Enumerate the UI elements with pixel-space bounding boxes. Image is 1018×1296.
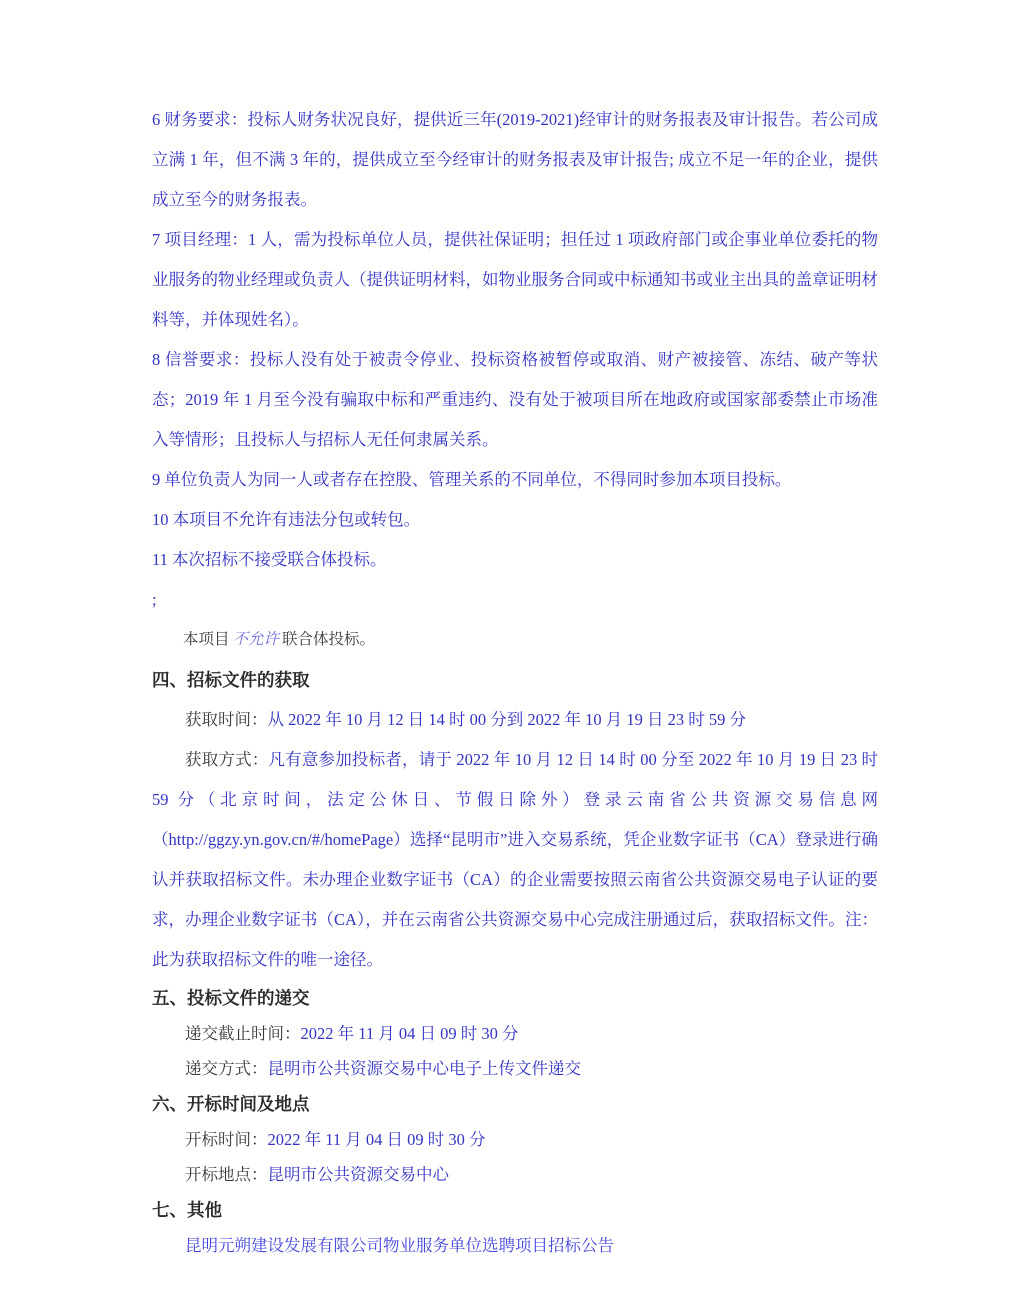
submit-method-label: 递交方式： — [185, 1059, 268, 1078]
open-place-row: 开标地点：昆明市公共资源交易中心 — [152, 1157, 878, 1192]
open-time-row: 开标时间：2022 年 11 月 04 日 09 时 30 分 — [152, 1122, 878, 1157]
submit-deadline-row: 递交截止时间：2022 年 11 月 04 日 09 时 30 分 — [152, 1016, 878, 1051]
requirement-item-11: 11 本次招标不接受联合体投标。 — [152, 540, 878, 580]
obtain-method-value: 凡有意参加投标者，请于 2022 年 10 月 12 日 14 时 00 分至 … — [152, 750, 878, 969]
section-heading-seven: 七、其他 — [152, 1192, 878, 1228]
submit-deadline-value: 2022 年 11 月 04 日 09 时 30 分 — [301, 1024, 519, 1043]
requirement-item-9: 9 单位负责人为同一人或者存在控股、管理关系的不同单位，不得同时参加本项目投标。 — [152, 460, 878, 500]
open-time-value: 2022 年 11 月 04 日 09 时 30 分 — [268, 1130, 486, 1149]
obtain-time-row: 获取时间：从 2022 年 10 月 12 日 14 时 00 分到 2022 … — [152, 700, 878, 740]
requirement-item-10: 10 本项目不允许有违法分包或转包。 — [152, 500, 878, 540]
stray-semicolon: ; — [152, 580, 878, 620]
section-heading-four: 四、招标文件的获取 — [152, 660, 878, 700]
announcement-link[interactable]: 昆明元朔建设发展有限公司物业服务单位选聘项目招标公告 — [185, 1236, 614, 1255]
requirement-item-8: 8 信誉要求：投标人没有处于被责令停业、投标资格被暂停或取消、财产被接管、冻结、… — [152, 340, 878, 460]
joint-note-emphasis: 不允许 — [230, 631, 283, 648]
announcement-link-row: 昆明元朔建设发展有限公司物业服务单位选聘项目招标公告 — [152, 1228, 878, 1263]
requirement-item-6: 6 财务要求：投标人财务状况良好，提供近三年(2019-2021)经审计的财务报… — [152, 100, 878, 220]
obtain-method-paragraph: 获取方式：凡有意参加投标者，请于 2022 年 10 月 12 日 14 时 0… — [152, 740, 878, 980]
section-heading-six: 六、开标时间及地点 — [152, 1086, 878, 1122]
requirement-item-7: 7 项目经理：1 人，需为投标单位人员，提供社保证明；担任过 1 项政府部门或企… — [152, 220, 878, 340]
open-place-value: 昆明市公共资源交易中心 — [268, 1165, 450, 1184]
joint-venture-note: 本项目不允许联合体投标。 — [152, 620, 878, 660]
submit-method-value: 昆明市公共资源交易中心电子上传文件递交 — [268, 1059, 582, 1078]
joint-note-suffix: 联合体投标。 — [282, 631, 375, 648]
document-page: 6 财务要求：投标人财务状况良好，提供近三年(2019-2021)经审计的财务报… — [0, 0, 1018, 1296]
open-time-label: 开标时间： — [185, 1130, 268, 1149]
joint-note-prefix: 本项目 — [183, 631, 230, 648]
requirements-and-section-four: 6 财务要求：投标人财务状况良好，提供近三年(2019-2021)经审计的财务报… — [152, 100, 878, 980]
submit-method-row: 递交方式：昆明市公共资源交易中心电子上传文件递交 — [152, 1051, 878, 1086]
submit-deadline-label: 递交截止时间： — [185, 1024, 301, 1043]
open-place-label: 开标地点： — [185, 1165, 268, 1184]
obtain-time-label: 获取时间： — [185, 710, 268, 729]
section-heading-five: 五、投标文件的递交 — [152, 980, 878, 1016]
obtain-method-label: 获取方式： — [185, 750, 268, 769]
obtain-time-value: 从 2022 年 10 月 12 日 14 时 00 分到 2022 年 10 … — [268, 710, 747, 729]
sections-five-six-seven: 五、投标文件的递交 递交截止时间：2022 年 11 月 04 日 09 时 3… — [152, 980, 878, 1263]
